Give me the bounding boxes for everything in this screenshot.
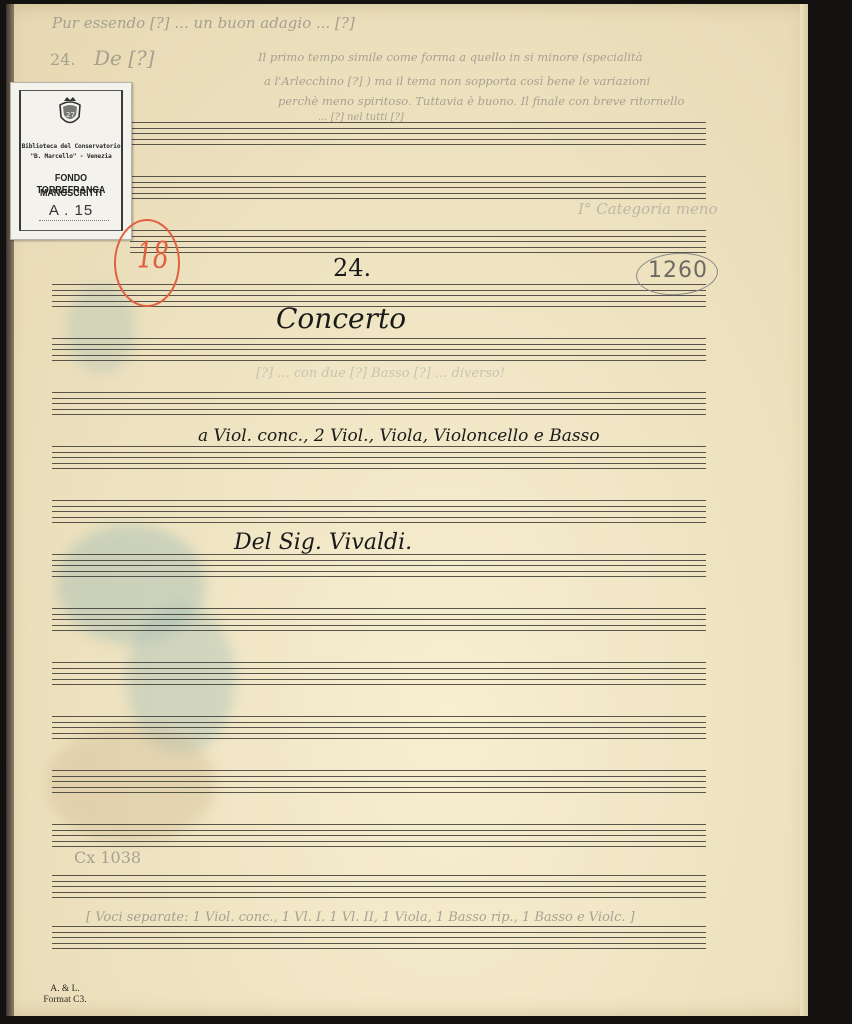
staff-line bbox=[52, 673, 706, 674]
staff-line bbox=[52, 625, 706, 626]
red-crayon-number: 18 bbox=[137, 236, 169, 277]
staff-line bbox=[130, 236, 706, 237]
staff-line bbox=[52, 792, 706, 793]
staff bbox=[52, 338, 706, 362]
staff-line bbox=[52, 892, 706, 893]
staff-line bbox=[52, 738, 706, 739]
staff-line bbox=[52, 409, 706, 410]
staff-line bbox=[52, 457, 706, 458]
staff bbox=[52, 662, 706, 686]
staff-line bbox=[52, 727, 706, 728]
staff-line bbox=[52, 926, 706, 927]
staff bbox=[52, 608, 706, 632]
staff-line bbox=[52, 522, 706, 523]
instrumentation: a Viol. conc., 2 Viol., Viola, Violoncel… bbox=[198, 426, 600, 446]
imprint-maker: A. & L. bbox=[40, 984, 90, 995]
pencil-number: 24. bbox=[50, 50, 75, 69]
staff bbox=[52, 446, 706, 470]
staff-line bbox=[52, 886, 706, 887]
staff-line bbox=[52, 722, 706, 723]
staff-line bbox=[52, 571, 706, 572]
staff-line bbox=[52, 948, 706, 949]
staff bbox=[130, 230, 706, 254]
staff-line bbox=[52, 679, 706, 680]
staff-line bbox=[52, 565, 706, 566]
page-edge bbox=[800, 4, 808, 1016]
staff-line bbox=[130, 241, 706, 242]
staff-line bbox=[130, 193, 706, 194]
pencil-catalog-number: Cx 1038 bbox=[74, 848, 141, 867]
staff-line bbox=[52, 463, 706, 464]
staff-line bbox=[52, 414, 706, 415]
staff bbox=[52, 392, 706, 416]
pencil-note-top: Pur essendo [?] ... un buon adagio ... [… bbox=[52, 14, 355, 32]
staff-line bbox=[52, 830, 706, 831]
staff-line bbox=[130, 252, 706, 253]
staff-line bbox=[52, 511, 706, 512]
staff-line bbox=[52, 360, 706, 361]
staff bbox=[52, 875, 706, 899]
imprint-format: Format C3. bbox=[40, 995, 90, 1006]
staff-line bbox=[130, 247, 706, 248]
pencil-note-3: perchè meno spiritoso. Tuttavia è buono.… bbox=[278, 94, 684, 108]
composer: Del Sig. Vivaldi. bbox=[234, 530, 412, 555]
staff-line bbox=[52, 770, 706, 771]
staff-line bbox=[130, 176, 706, 177]
staff bbox=[52, 716, 706, 740]
staff-line bbox=[52, 398, 706, 399]
staff-line bbox=[52, 349, 706, 350]
work-number: 24. bbox=[333, 254, 371, 282]
inventory-number: 1260 bbox=[648, 258, 708, 283]
coat-of-arms-icon: 27 bbox=[55, 95, 85, 129]
staff-line bbox=[130, 187, 706, 188]
staff-line bbox=[52, 932, 706, 933]
staff-line bbox=[52, 824, 706, 825]
staff-line bbox=[52, 560, 706, 561]
staff-line bbox=[52, 344, 706, 345]
staff bbox=[52, 500, 706, 524]
pencil-note-1: Il primo tempo simile come forma a quell… bbox=[258, 50, 643, 64]
shelfmark-underline bbox=[39, 220, 109, 221]
pencil-category: I° Categoria meno bbox=[578, 200, 718, 218]
staff-line bbox=[130, 133, 706, 134]
staff-line bbox=[52, 716, 706, 717]
work-title: Concerto bbox=[276, 302, 406, 335]
staff-line bbox=[52, 776, 706, 777]
staff-line bbox=[52, 897, 706, 898]
staff-line bbox=[52, 338, 706, 339]
staff-line bbox=[52, 452, 706, 453]
staff-line bbox=[52, 733, 706, 734]
staff-line bbox=[52, 576, 706, 577]
staff-line bbox=[52, 881, 706, 882]
staff bbox=[130, 122, 706, 146]
pencil-note-2: a l'Arlecchino [?] ) ma il tema non sopp… bbox=[264, 74, 650, 88]
staff-line bbox=[52, 684, 706, 685]
staff-line bbox=[130, 128, 706, 129]
staff-line bbox=[52, 841, 706, 842]
staff-line bbox=[130, 230, 706, 231]
staff-line bbox=[52, 517, 706, 518]
staff-line bbox=[52, 781, 706, 782]
staff-line bbox=[52, 500, 706, 501]
staff-line bbox=[52, 392, 706, 393]
staff-line bbox=[52, 619, 706, 620]
staff-line bbox=[52, 787, 706, 788]
staff-line bbox=[52, 662, 706, 663]
staff-line bbox=[130, 144, 706, 145]
staff-line bbox=[52, 846, 706, 847]
library-label: 27 Biblioteca del Conservatorio "B. Marc… bbox=[10, 82, 132, 240]
svg-text:27: 27 bbox=[66, 111, 75, 119]
pencil-center-note: [?] ... con due [?] Basso [?] ... divers… bbox=[256, 366, 505, 381]
paper-imprint: A. & L. Format C3. bbox=[40, 984, 90, 1006]
staff-line bbox=[52, 668, 706, 669]
staff-line bbox=[52, 608, 706, 609]
staff-line bbox=[130, 122, 706, 123]
staff-line bbox=[52, 468, 706, 469]
staff-line bbox=[52, 630, 706, 631]
staff-line bbox=[130, 198, 706, 199]
staff-line bbox=[52, 614, 706, 615]
pencil-note-4: ... [?] nel tutti [?] bbox=[318, 112, 404, 123]
staff bbox=[52, 824, 706, 848]
staff bbox=[52, 770, 706, 794]
staff-line bbox=[130, 139, 706, 140]
staff-line bbox=[52, 937, 706, 938]
staff bbox=[130, 176, 706, 200]
collection-section: MANOSCRITTI bbox=[20, 187, 122, 199]
library-name: Biblioteca del Conservatorio bbox=[11, 143, 131, 150]
pencil-heading: De [?] bbox=[94, 46, 155, 70]
staff-line bbox=[52, 506, 706, 507]
staff bbox=[52, 926, 706, 950]
staff-line bbox=[130, 182, 706, 183]
library-city: "B. Marcello" - Venezia bbox=[11, 153, 131, 160]
staff-line bbox=[52, 446, 706, 447]
staff-line bbox=[52, 835, 706, 836]
pencil-parts-list: [ Voci separate: 1 Viol. conc., 1 Vl. I.… bbox=[86, 910, 635, 925]
staff-line bbox=[52, 875, 706, 876]
staff-line bbox=[52, 943, 706, 944]
staff bbox=[52, 554, 706, 578]
staff-line bbox=[52, 403, 706, 404]
shelfmark: A . 15 bbox=[11, 202, 131, 219]
staff-line bbox=[52, 355, 706, 356]
